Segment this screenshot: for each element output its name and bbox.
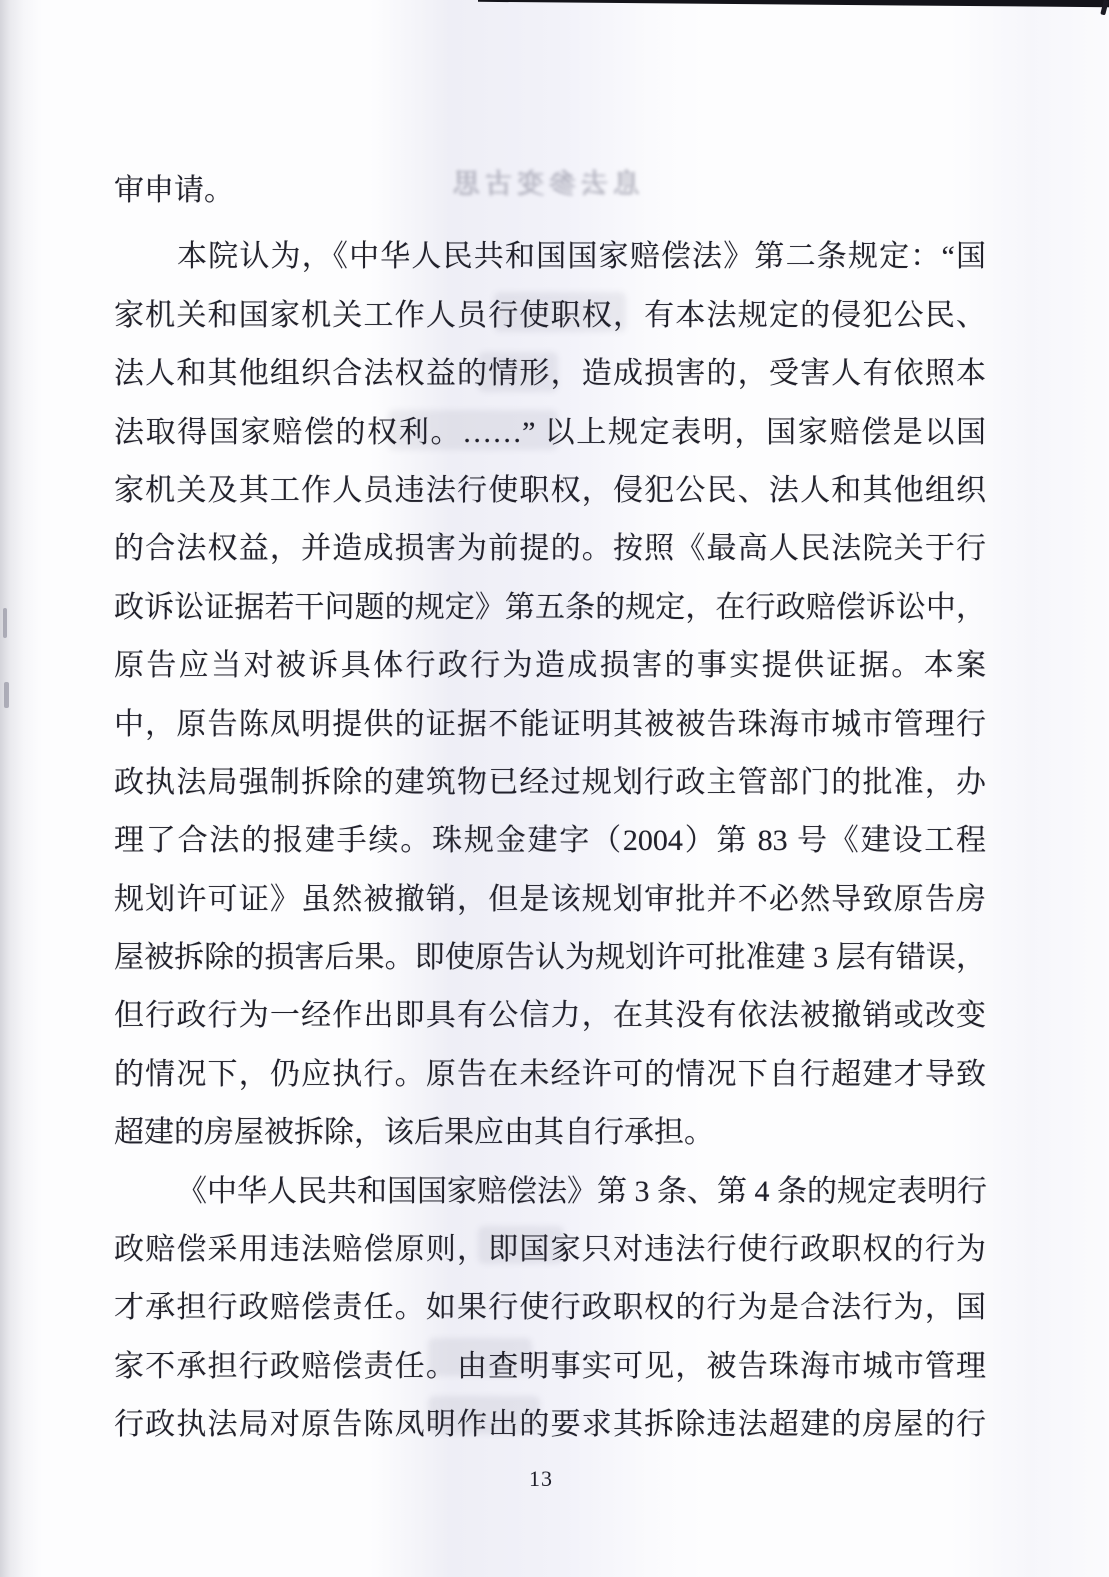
left-edge-fold-mark <box>3 608 7 638</box>
text-line: 屋被拆除的损害后果。即使原告认为规划许可批准建 3 层有错误， <box>114 929 986 987</box>
text-line: 超建的房屋被拆除，该后果应由其自行承担。 <box>114 1104 986 1162</box>
text-line: 的情况下，仍应执行。原告在未经许可的情况下自行超建才导致 <box>114 1046 986 1104</box>
text-line: 家机关及其工作人员违法行使职权，侵犯公民、法人和其他组织 <box>114 462 986 520</box>
text-line: 原告应当对被诉具体行政行为造成损害的事实提供证据。本案 <box>114 637 986 695</box>
text-line: 但行政行为一经作出即具有公信力，在其没有依法被撤销或改变 <box>114 987 986 1045</box>
text-line: 审申请。 <box>114 162 986 220</box>
text-line: 的合法权益，并造成损害为前提的。按照《最高人民法院关于行 <box>114 520 986 578</box>
page-number: 13 <box>0 1466 1082 1492</box>
text-line: 《中华人民共和国国家赔偿法》第 3 条、第 4 条的规定表明行 <box>114 1163 986 1221</box>
text-line: 法取得国家赔偿的权利。……” 以上规定表明，国家赔偿是以国 <box>114 404 986 462</box>
text-line: 家机关和国家机关工作人员行使职权，有本法规定的侵犯公民、 <box>114 287 986 345</box>
text-line: 政执法局强制拆除的建筑物已经过规划行政主管部门的批准，办 <box>114 754 986 812</box>
top-edge-scan-artifact <box>478 0 1109 9</box>
text-line: 家不承担行政赔偿责任。由查明事实可见，被告珠海市城市管理 <box>114 1338 986 1396</box>
text-line: 中，原告陈凤明提供的证据不能证明其被被告珠海市城市管理行 <box>114 696 986 754</box>
text-line: 法人和其他组织合法权益的情形，造成损害的，受害人有依照本 <box>114 345 986 403</box>
text-line: 规划许可证》虽然被撤销，但是该规划审批并不必然导致原告房 <box>114 871 986 929</box>
judgment-text-block: 审申请。 本院认为，《中华人民共和国国家赔偿法》第二条规定：“国 家机关和国家机… <box>114 162 986 1455</box>
scanned-document-page: 息去参变古思 审申请。 本院认为，《中华人民共和国国家赔偿法》第二条规定：“国 … <box>0 0 1109 1577</box>
text-line: 政赔偿采用违法赔偿原则，即国家只对违法行使行政职权的行为 <box>114 1221 986 1279</box>
text-line: 政诉讼证据若干问题的规定》第五条的规定，在行政赔偿诉讼中， <box>114 579 986 637</box>
text-line: 才承担行政赔偿责任。如果行使行政职权的行为是合法行为，国 <box>114 1279 986 1337</box>
text-line: 理了合法的报建手续。珠规金建字（2004）第 83 号《建设工程 <box>114 812 986 870</box>
left-edge-fold-mark <box>4 682 9 708</box>
text-line: 本院认为，《中华人民共和国国家赔偿法》第二条规定：“国 <box>114 228 986 286</box>
text-line: 行政执法局对原告陈凤明作出的要求其拆除违法超建的房屋的行 <box>114 1396 986 1454</box>
